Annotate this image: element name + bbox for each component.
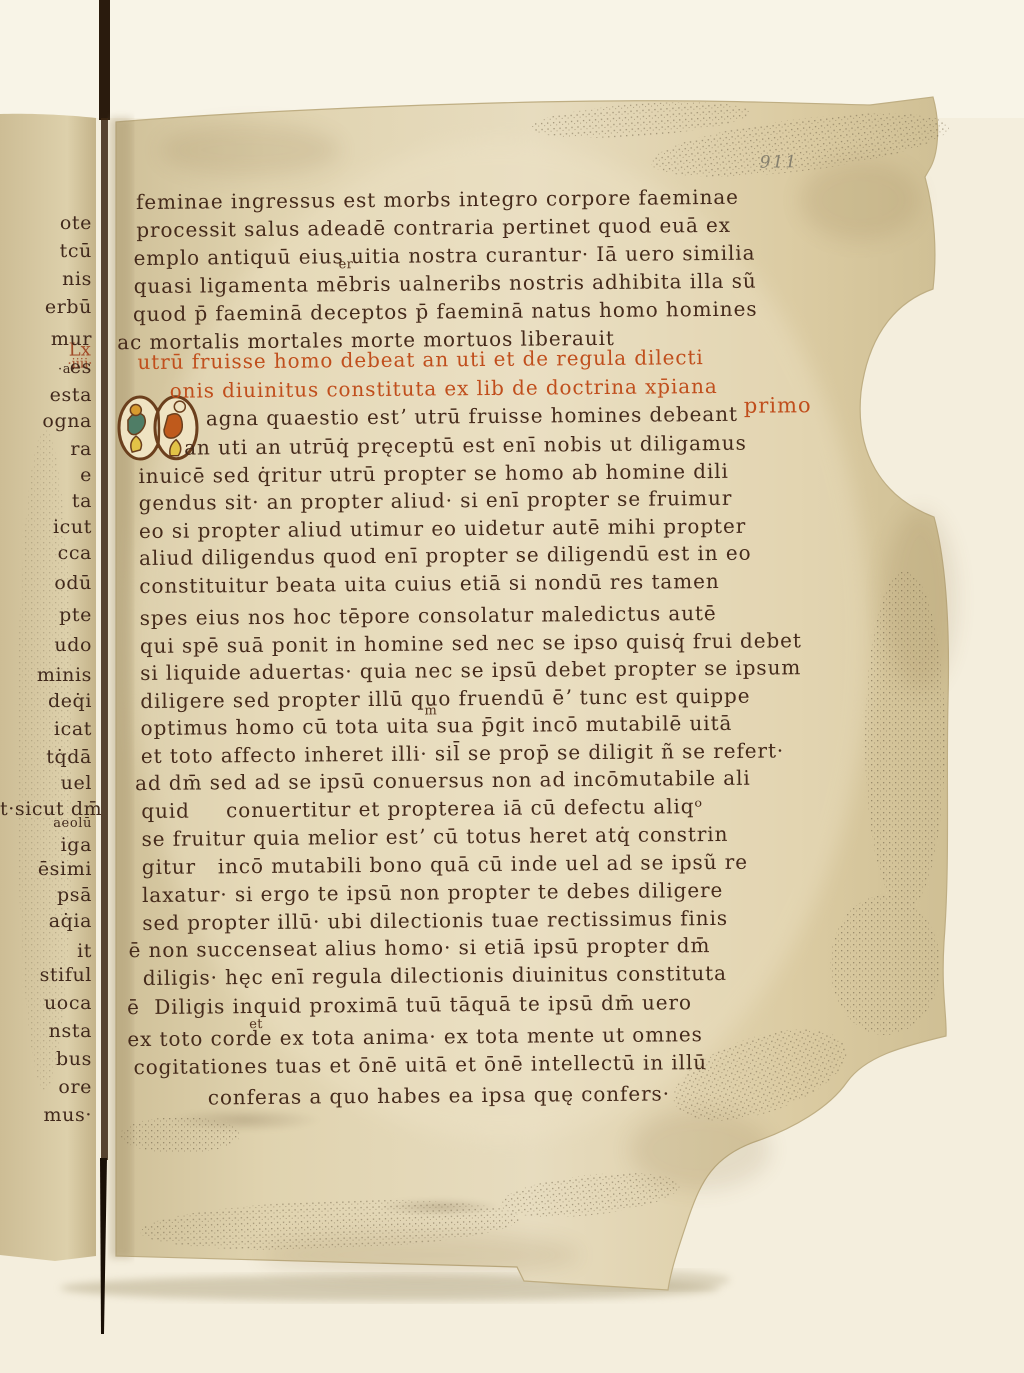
facing-page-line-fragment: ra — [0, 438, 95, 460]
facing-page-line-fragment: udo — [0, 634, 95, 656]
facing-page-line-fragment: uel — [0, 772, 95, 794]
facing-page-line-fragment: mur — [0, 328, 95, 350]
facing-page-line-fragment: icat — [0, 718, 95, 740]
facing-page-line-fragment: iga — [0, 834, 95, 856]
facing-page-line-fragment: es — [0, 356, 95, 378]
facing-page-line-fragment: icut — [0, 516, 95, 538]
facing-page-line-fragment: nis — [0, 268, 95, 290]
facing-page-line-fragment: pte — [0, 604, 95, 626]
facing-page-line-fragment: it — [0, 940, 95, 962]
facing-page-line-fragment: cca — [0, 542, 95, 564]
facing-page-line-fragment: aq̇ia — [0, 910, 95, 932]
facing-page-line-fragment: erbū — [0, 296, 95, 318]
facing-page-line-fragment: ēsimi — [0, 858, 95, 880]
facing-page-line-fragment: minis — [0, 664, 95, 686]
facing-page-line-fragment: aeolū — [0, 816, 95, 831]
facing-page-line-fragment: esta — [0, 384, 95, 406]
facing-page-fragments: otetcūniserbūmures·a·estaognaraetaicutcc… — [0, 0, 1024, 1373]
facing-page-line-fragment: odū — [0, 572, 95, 594]
facing-page-line-fragment: tcū — [0, 240, 95, 262]
facing-page-line-fragment: stiful — [0, 964, 95, 986]
facing-page-line-fragment: ore — [0, 1076, 95, 1098]
facing-page-line-fragment: ·a· — [58, 362, 79, 377]
facing-page-line-fragment: deq̇i — [0, 690, 95, 712]
facing-page-line-fragment: nsta — [0, 1020, 95, 1042]
facing-page-line-fragment: uoca — [0, 992, 95, 1014]
facing-page-line-fragment: tq̇dā — [0, 746, 95, 768]
manuscript-photo: 911 Lx ·iiii· primo feminae ingressus es… — [0, 0, 1024, 1373]
facing-page-line-fragment: mus· — [0, 1104, 95, 1126]
facing-page-line-fragment: ote — [0, 212, 95, 234]
facing-page-line-fragment: e — [0, 464, 95, 486]
facing-page-line-fragment: psā — [0, 884, 95, 906]
facing-page-line-fragment: ta — [0, 490, 95, 512]
facing-page-line-fragment: ogna — [0, 410, 95, 432]
facing-page-line-fragment: bus — [0, 1048, 95, 1070]
